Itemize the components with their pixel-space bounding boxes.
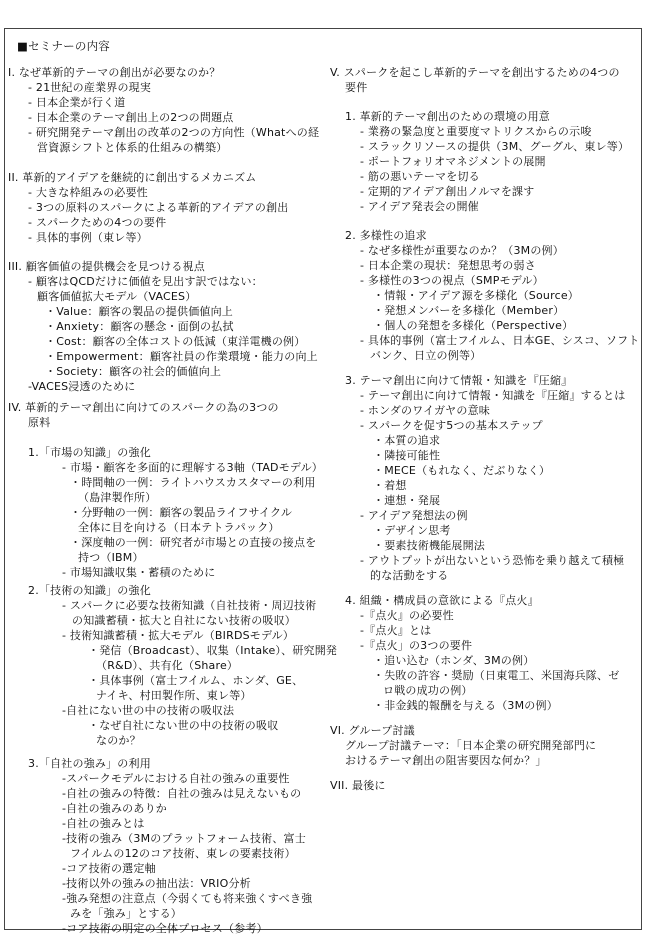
outline-line: ・なぜ自社にない世の中の技術の吸収	[88, 719, 278, 733]
outline-line: - 日本企業のテーマ創出上の2つの問題点	[28, 111, 233, 125]
outline-line: - スラックリソースの提供（3M、グーグル、東レ等）	[360, 140, 629, 154]
outline-line: - 市場知識収集・蓄積のために	[62, 566, 215, 580]
outline-line: -自社にない世の中の技術の吸収法	[62, 704, 234, 718]
outline-line: ・発想メンバーを多様化（Member）	[373, 304, 564, 318]
outline-line: - なぜ多様性が重要なのか？（3Mの例）	[360, 244, 564, 258]
outline-line: - スパークための4つの要件	[28, 216, 166, 230]
outline-line: 2.「技術の知識」の強化	[28, 584, 151, 598]
outline-line: V. スパークを起こし革新的テーマを創出するための4つの	[330, 66, 620, 80]
outline-line: -VACES浸透のために	[28, 380, 136, 394]
outline-line: みを「強み」とする）	[70, 907, 182, 921]
outline-line: - 研究開発テーマ創出の改革の2つの方向性（Whatへの経	[28, 126, 319, 140]
outline-line: -自社の強みの特徴：自社の強みは見えないもの	[62, 787, 301, 801]
outline-line: の知識蓄積・拡大と自社にない技術の吸収）	[72, 614, 296, 628]
outline-line: 顧客価値拡大モデル（VACES）	[37, 290, 196, 304]
outline-line: - アイデア発想法の例	[360, 509, 468, 523]
outline-line: - 筋の悪いテーマを切る	[360, 170, 480, 184]
outline-line: （島津製作所）	[78, 491, 156, 505]
outline-line: ・Society：顧客の社会的価値向上	[45, 365, 221, 379]
outline-line: 2. 多様性の追求	[345, 229, 427, 243]
outline-line: ・分野軸の一例：顧客の製品ライフサイクル	[70, 506, 292, 520]
outline-line: なのか？	[96, 734, 141, 748]
outline-line: 1. 革新的テーマ創出のための環境の用意	[345, 110, 550, 124]
outline-line: -自社の強みとは	[62, 817, 145, 831]
outline-line: -技術の強み（3Mのプラットフォーム技術、富士	[62, 832, 306, 846]
outline-line: ・Empowerment：顧客社員の作業環境・能力の向上	[45, 350, 318, 364]
outline-line: ・深度軸の一例：研究者が市場との直接の接点を	[70, 536, 316, 550]
outline-line: VII. 最後に	[330, 779, 386, 793]
outline-line: ・具体事例（富士フイルム、ホンダ、GE、	[88, 674, 303, 688]
outline-line: バンク、日立の例等）	[370, 349, 481, 363]
outline-line: - アイデア発表会の開催	[360, 200, 479, 214]
outline-line: おけるテーマ創出の阻害要因な何か？」	[345, 754, 547, 768]
outline-line: ・Anxiety：顧客の懸念・面倒の払拭	[45, 320, 234, 334]
outline-line: ・発信（Broadcast）、収集（Intake）、研究開発	[88, 644, 337, 658]
outline-line: - 定期的アイデア創出ノルマを課す	[360, 185, 534, 199]
outline-line: グループ討議テーマ：「日本企業の研究開発部門に	[345, 739, 596, 753]
outline-line: - アウトプットが出ないという恐怖を乗り越えて積極	[360, 554, 624, 568]
outline-line: ・MECE（もれなく、だぶりなく）	[373, 464, 550, 478]
outline-line: VI. グループ討議	[330, 724, 415, 738]
outline-line: -自社の強みのありか	[62, 802, 167, 816]
outline-line: ・時間軸の一例：ライトハウスカスタマーの利用	[70, 476, 316, 490]
outline-line: - ポートフォリオマネジメントの展開	[360, 155, 546, 169]
outline-line: 1.「市場の知識」の強化	[28, 446, 151, 460]
outline-line: 的な活動をする	[370, 569, 448, 583]
outline-line: フイルムの12のコア技術、東レの要素技術）	[70, 847, 296, 861]
outline-line: 全体に目を向ける（日本テトラパック）	[78, 521, 280, 535]
outline-line: -『点火』とは	[360, 624, 431, 638]
outline-line: - 日本企業の現状：発想思考の弱さ	[360, 259, 536, 273]
outline-line: （R&D）、共有化（Share）	[96, 659, 238, 673]
outline-line: ・デザイン思考	[373, 524, 451, 538]
outline-line: - スパークに必要な技術知識（自社技術・周辺技術	[62, 599, 316, 613]
outline-line: ・要素技術機能展開法	[373, 539, 485, 553]
outline-line: 営資源シフトと体系的仕組みの構築）	[37, 141, 227, 155]
outline-line: -スパークモデルにおける自社の強みの重要性	[62, 772, 290, 786]
outline-line: - ホンダのワイガヤの意味	[360, 404, 490, 418]
section-title: ■セミナーの内容	[17, 39, 110, 53]
outline-line: 要件	[345, 81, 367, 95]
outline-line: - 大きな枠組みの必要性	[28, 186, 148, 200]
outline-line: ナイキ、村田製作所、東レ等）	[96, 689, 252, 703]
outline-line: - 具体的事例（富士フイルム、日本GE、シスコ、ソフト	[360, 334, 639, 348]
outline-line: - 日本企業が行く道	[28, 96, 125, 110]
outline-line: - 技術知識蓄積・拡大モデル（BIRDSモデル）	[62, 629, 294, 643]
outline-line: 4. 組織・構成員の意欲による『点火』	[345, 594, 539, 608]
outline-line: -強み発想の注意点（今弱くても将来強くすべき強	[62, 892, 312, 906]
outline-line: - テーマ創出に向けて情報・知識を『圧縮』するとは	[360, 389, 625, 403]
outline-line: -技術以外の強みの抽出法：VRIO分析	[62, 877, 251, 891]
outline-line: ・個人の発想を多様化（Perspective）	[373, 319, 573, 333]
outline-line: IV. 革新的テーマ創出に向けてのスパークの為の3つの	[8, 401, 279, 415]
outline-line: -『点火』の必要性	[360, 609, 454, 623]
outline-line: ・追い込む（ホンダ、3Mの例）	[373, 654, 534, 668]
outline-line: - 市場・顧客を多面的に理解する3軸（TADモデル）	[62, 461, 323, 475]
outline-line: - 3つの原料のスパークによる革新的アイデアの創出	[28, 201, 288, 215]
outline-line: ・Cost：顧客の全体コストの低減（東洋電機の例）	[45, 335, 305, 349]
outline-line: -コア技術の明定の全体プロセス（参考）	[62, 922, 268, 936]
outline-line: ・本質の追求	[373, 434, 440, 448]
outline-line: 3.「自社の強み」の利用	[28, 757, 151, 771]
outline-line: - 業務の緊急度と重要度マトリクスからの示唆	[360, 125, 592, 139]
outline-line: ・連想・発展	[373, 494, 440, 508]
outline-line: 3. テーマ創出に向けて情報・知識を『圧縮』	[345, 374, 572, 388]
outline-line: - 顧客はQCDだけに価値を見出す訳ではない：	[28, 275, 263, 289]
outline-line: ・隣接可能性	[373, 449, 440, 463]
outline-line: ・非金銭的報酬を与える（3Mの例）	[373, 699, 558, 713]
outline-line: I. なぜ革新的テーマの創出が必要なのか？	[8, 66, 220, 80]
outline-line: - スパークを促す5つの基本ステップ	[360, 419, 543, 433]
outline-line: -コア技術の選定軸	[62, 862, 156, 876]
outline-line: ・Value：顧客の製品の提供価値向上	[45, 305, 233, 319]
outline-line: ロ戦の成功の例）	[383, 684, 473, 698]
outline-line: 原料	[28, 416, 50, 430]
outline-line: ・着想	[373, 479, 407, 493]
outline-line: II. 革新的アイデアを継続的に創出するメカニズム	[8, 171, 257, 185]
outline-line: 持つ（IBM）	[78, 551, 144, 565]
outline-line: - 具体的事例（東レ等）	[28, 231, 148, 245]
outline-line: -『点火」の3つの要件	[360, 639, 472, 653]
outline-line: ・情報・アイデア源を多様化（Source）	[373, 289, 579, 303]
outline-line: - 21世紀の産業界の現実	[28, 81, 151, 95]
outline-line: ・失敗の許容・奨励（日東電工、米国海兵隊、ゼ	[373, 669, 619, 683]
outline-line: III. 顧客価値の提供機会を見つける視点	[8, 260, 205, 274]
outline-line: - 多様性の3つの視点（SMPモデル）	[360, 274, 544, 288]
